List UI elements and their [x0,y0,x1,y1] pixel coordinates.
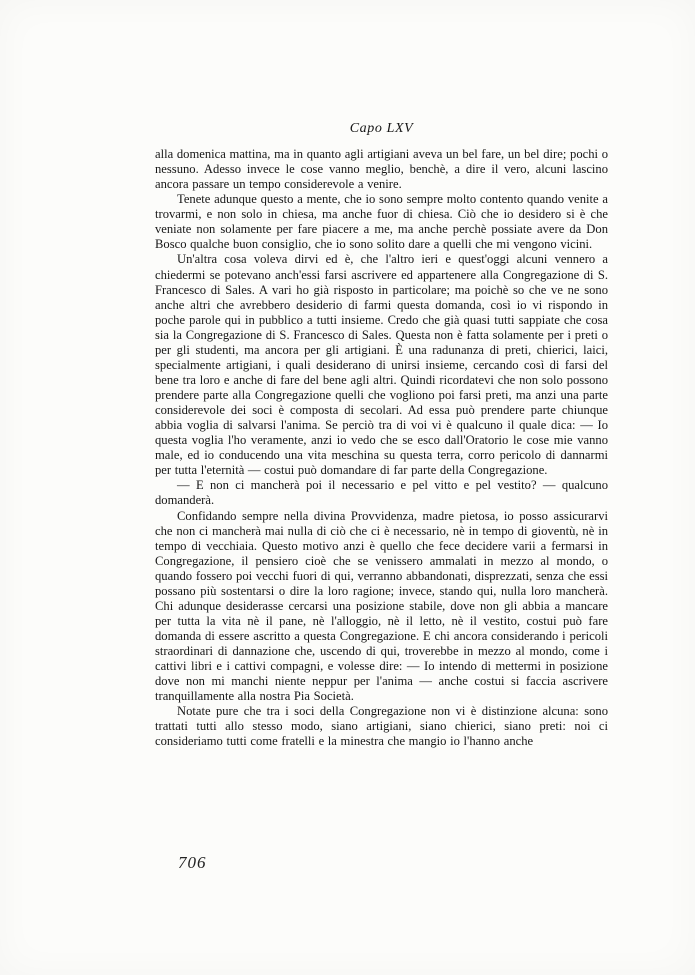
body-paragraph: Un'altra cosa voleva dirvi ed è, che l'a… [155,252,608,478]
body-paragraph: Notate pure che tra i soci della Congreg… [155,704,608,749]
chapter-header: Capo LXV [155,121,608,137]
body-paragraph: Confidando sempre nella divina Provviden… [155,509,608,705]
body-paragraph: alla domenica mattina, ma in quanto agli… [155,147,608,192]
book-page: Capo LXV alla domenica mattina, ma in qu… [0,0,695,975]
body-text-column: alla domenica mattina, ma in quanto agli… [155,147,608,750]
body-paragraph: Tenete adunque questo a mente, che io so… [155,192,608,252]
page-number: 706 [178,853,207,873]
body-paragraph: — E non ci mancherà poi il necessario e … [155,478,608,508]
